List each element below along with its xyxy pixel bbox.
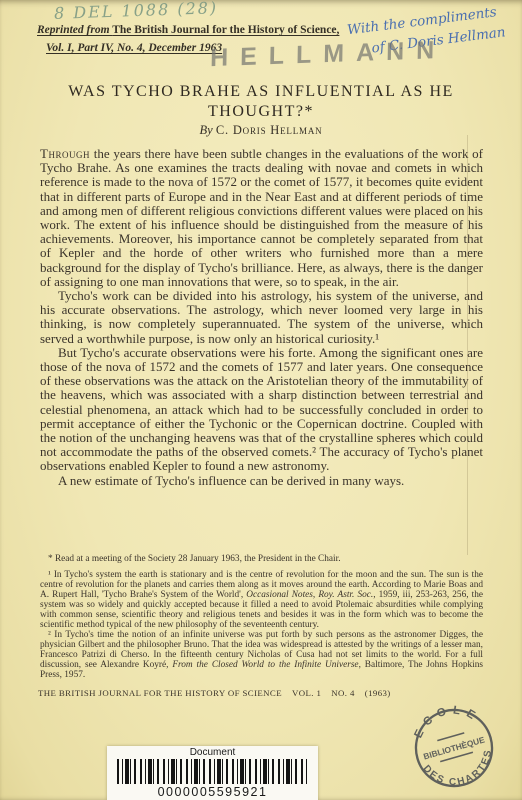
footnotes: * Read at a meeting of the Society 28 Ja… [40,554,483,680]
barcode-sticker: Document 0000005595921 [107,746,318,800]
journal-title: The British Journal for the History of S… [112,24,339,36]
paragraph-1-lead-word: Through [40,146,90,161]
footer-number: NO. 4 [331,688,355,698]
page-crease [467,135,468,555]
barcode-icon [117,759,309,784]
reprint-line: Reprinted from The British Journal for t… [37,24,339,36]
accession-number-handwriting: 8 DEL 1088 (28) [54,0,219,23]
library-stamp-icon: ECOLE BIBLIOTHÈQUE DES CHARTES [395,689,514,800]
article-title-line2: THOUGHT?* [0,102,522,122]
footer-year: (1963) [365,688,391,698]
footer-volume: VOL. 1 [292,688,321,698]
footer-journal-name: THE BRITISH JOURNAL FOR THE HISTORY OF S… [38,688,282,698]
paragraph-1: Through the years there have been subtle… [40,147,483,289]
article-title-line1: WAS TYCHO BRAHE AS INFLUENTIAL AS HE [0,82,522,102]
footnote-2: ² In Tycho's time the notion of an infin… [40,630,483,680]
journal-footer: THE BRITISH JOURNAL FOR THE HISTORY OF S… [38,688,488,698]
svg-text:ECOLE: ECOLE [407,697,484,743]
footnote-star: * Read at a meeting of the Society 28 Ja… [40,554,483,564]
barcode-number: 0000005595921 [107,785,318,799]
byline-author: C. Doris Hellman [216,123,323,137]
byline-by: By [200,123,213,137]
paragraph-3: But Tycho's accurate observations were h… [40,346,483,474]
footnote-1-italic-title: Occasional Notes, Roy. Astr. Soc. [246,590,373,600]
reprinted-from-label: Reprinted from [37,24,110,36]
footnote-1: ¹ In Tycho's system the earth is station… [40,570,483,630]
scanned-journal-page: 8 DEL 1088 (28) Reprinted from The Briti… [0,0,522,800]
article-byline: By C. Doris Hellman [0,123,522,138]
stamp-text-top: ECOLE [407,697,484,743]
article-title: WAS TYCHO BRAHE AS INFLUENTIAL AS HE THO… [0,82,522,122]
footnote-2-italic-title: From the Closed World to the Infinite Un… [172,660,358,670]
barcode-label: Document [107,747,318,759]
article-body: Through the years there have been subtle… [40,147,483,488]
paragraph-2: Tycho's work can be divided into his ast… [40,289,483,346]
paragraph-1-text: the years there have been subtle changes… [40,146,483,289]
paragraph-4: A new estimate of Tycho's influence can … [40,474,483,488]
